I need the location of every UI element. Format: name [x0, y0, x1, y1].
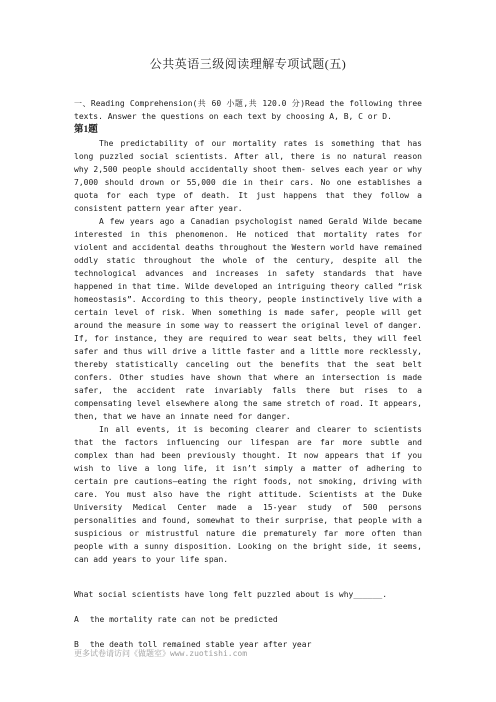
question-text: What social scientists have long felt pu… — [74, 588, 422, 601]
option-label: A — [74, 615, 79, 624]
exam-document-page: 公共英语三级阅读理解专项试题(五) 一、Reading Comprehensio… — [0, 0, 496, 702]
passage-paragraph: In all events, it is becoming clearer an… — [74, 423, 422, 566]
option-text: the mortality rate can not be predicted — [90, 615, 278, 624]
document-body: 公共英语三级阅读理解专项试题(五) 一、Reading Comprehensio… — [74, 0, 422, 651]
option-row-a: Athe mortality rate can not be predicted — [74, 613, 422, 626]
section-heading: 一、Reading Comprehension(共 60 小题,共 120.0 … — [74, 97, 422, 123]
passage-paragraph: The predictability of our mortality rate… — [74, 137, 422, 215]
page-title: 公共英语三级阅读理解专项试题(五) — [74, 57, 422, 72]
passage-paragraph: A few years ago a Canadian psychologist … — [74, 215, 422, 423]
question-number-heading: 第1题 — [74, 123, 422, 137]
footer-site-note: 更多试卷请访问《做题室》www.zuotishi.com — [74, 648, 247, 659]
reading-passage: The predictability of our mortality rate… — [74, 137, 422, 566]
